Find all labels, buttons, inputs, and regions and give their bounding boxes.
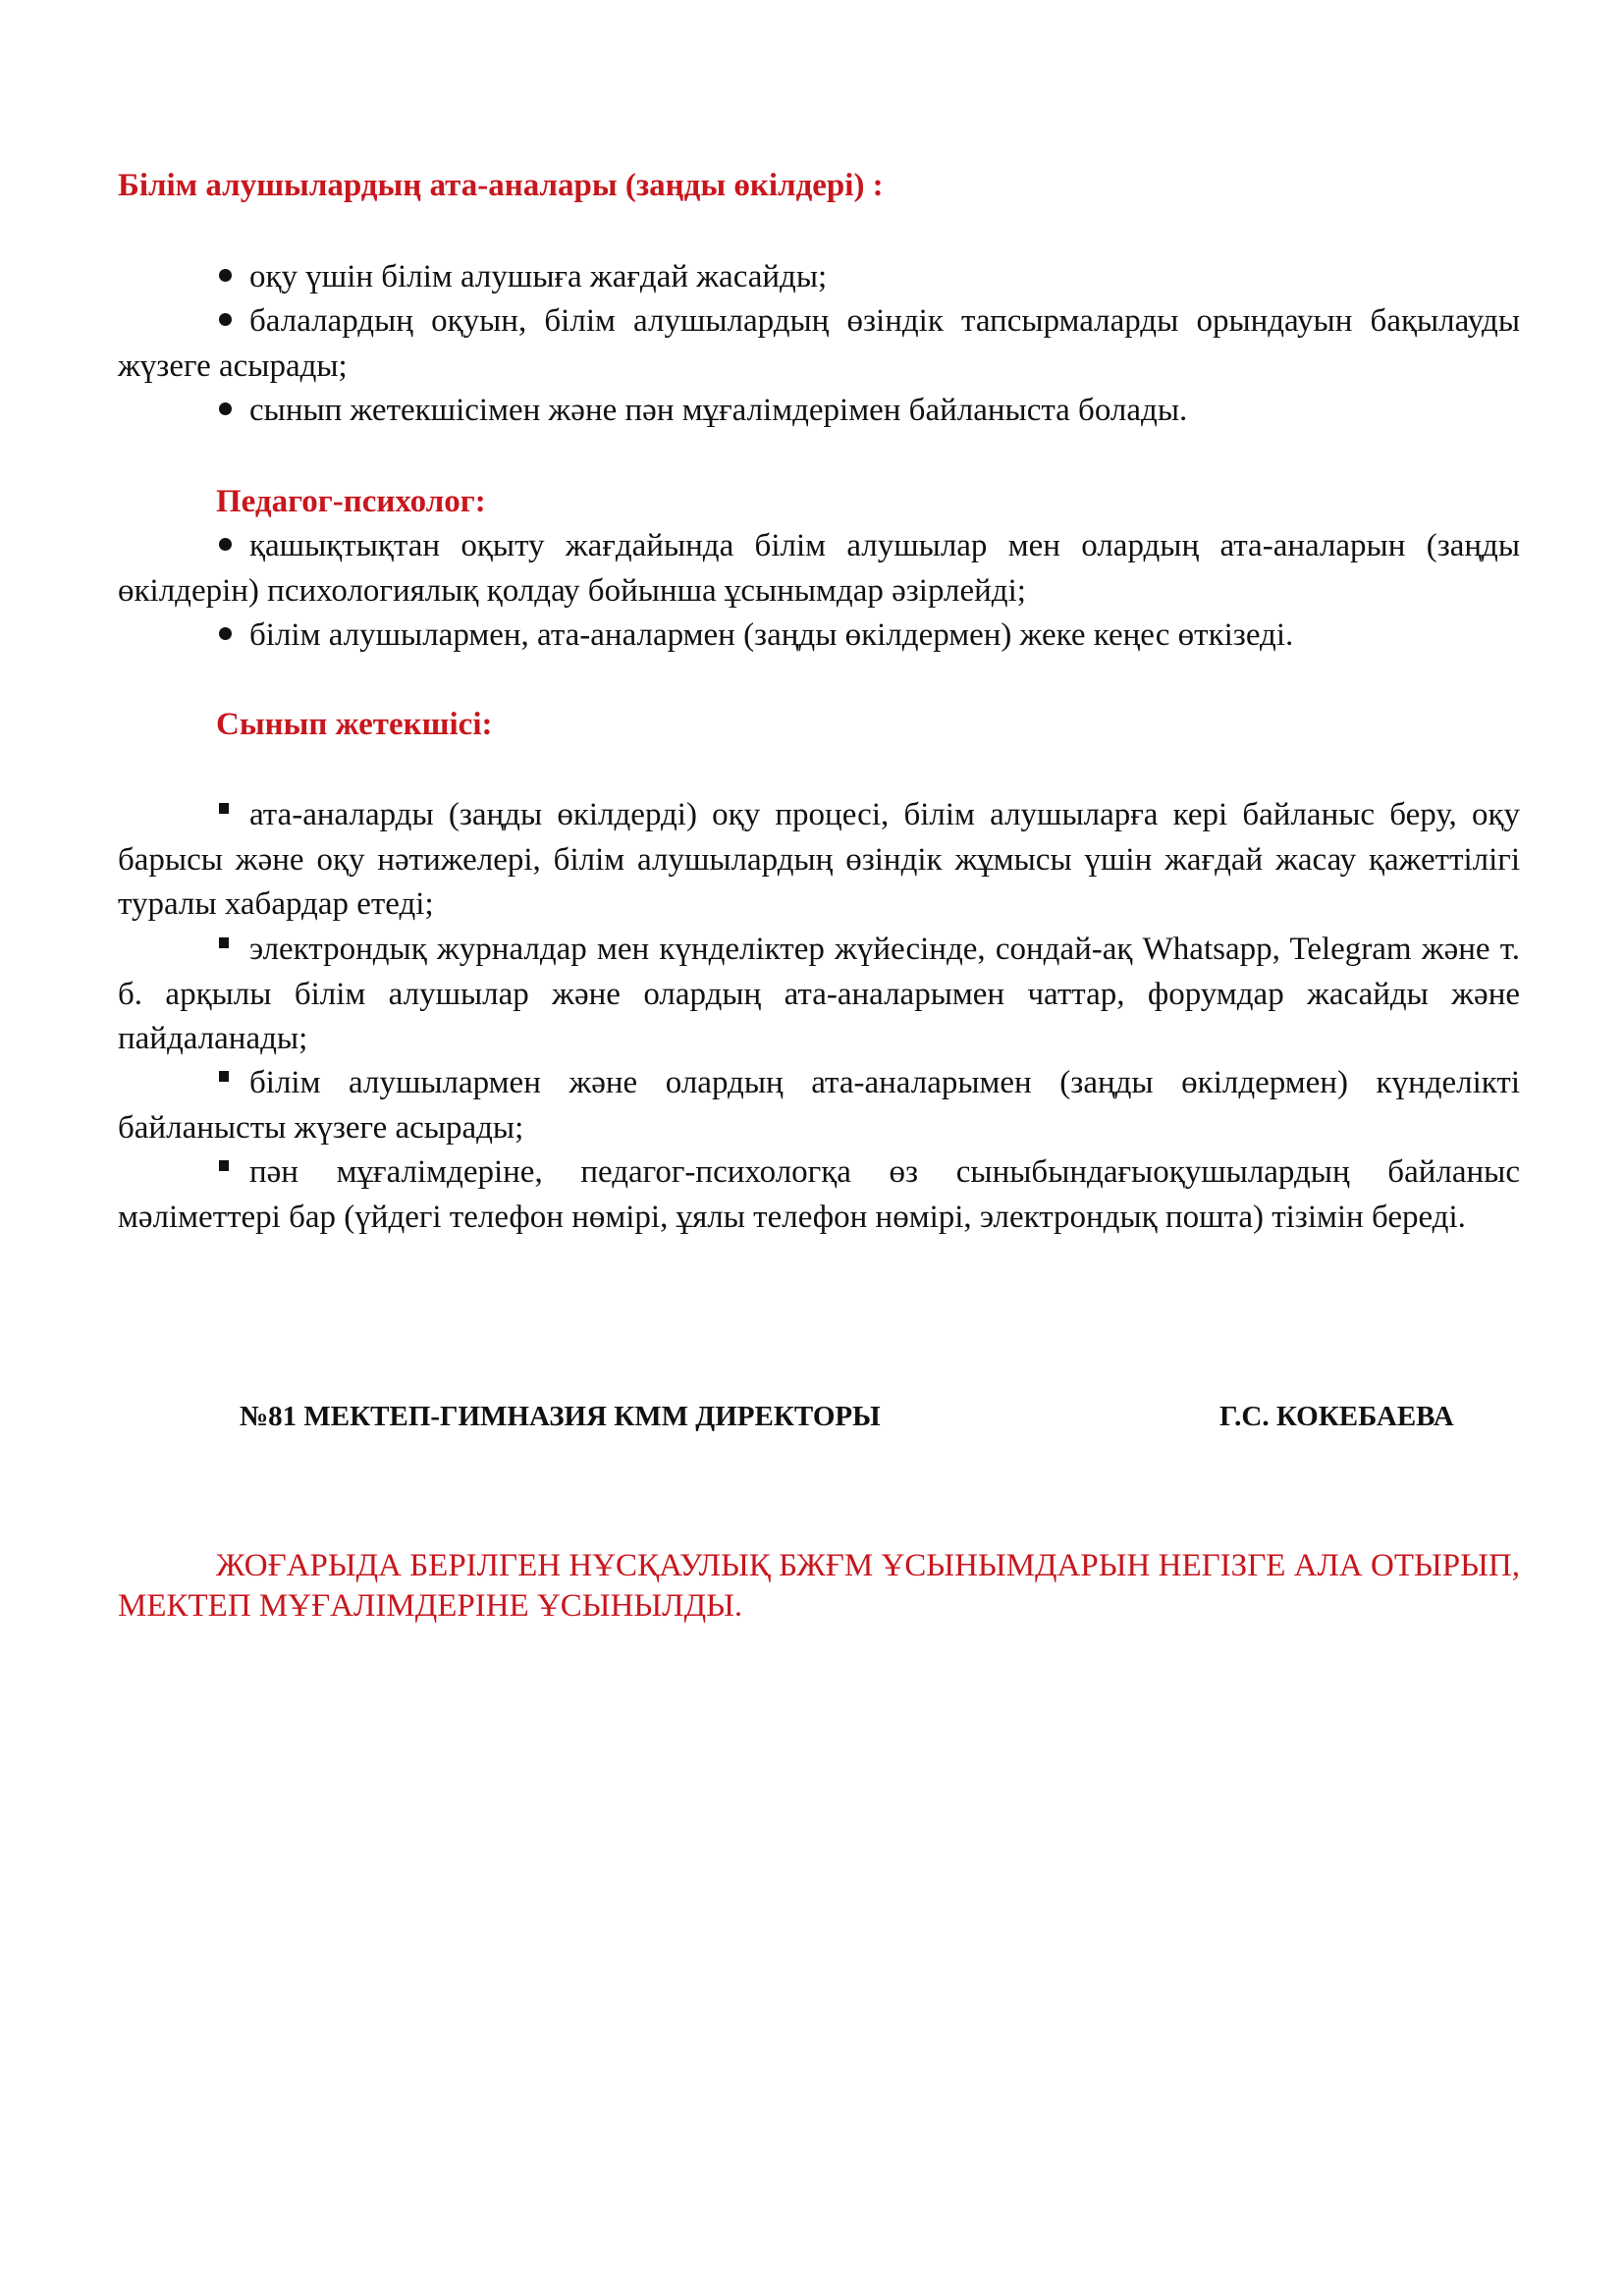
bullet-icon: [219, 803, 229, 814]
bullet-icon: [219, 1071, 229, 1082]
recommendation-note: ЖОҒАРЫДА БЕРІЛГЕН НҰСҚАУЛЫҚ БЖҒМ ҰСЫНЫМД…: [118, 1546, 1520, 1627]
list-item: білім алушылармен, ата-аналармен (заңды …: [118, 614, 1520, 659]
signature-position: №81 МЕКТЕП-ГИМНАЗИЯ КММ ДИРЕКТОРЫ: [240, 1401, 881, 1433]
list-item: балалардың оқуын, білім алушылардың өзін…: [118, 299, 1520, 389]
bullet-icon: [219, 937, 229, 948]
bullet-icon: [219, 627, 232, 640]
bullet-icon: [219, 1160, 229, 1171]
list-item: сынып жетекшісімен және пән мұғалімдерім…: [118, 389, 1520, 434]
bullet-icon: [219, 313, 232, 326]
list-item: ата-аналарды (заңды өкілдерді) оқу проце…: [118, 793, 1520, 928]
section-heading-psychologist: Педагог-психолог:: [216, 480, 486, 524]
list-item: қашықтықтан оқыту жағдайында білім алушы…: [118, 524, 1520, 614]
list-item: оқу үшін білім алушыға жағдай жасайды;: [118, 255, 1520, 300]
signature-name: Г.С. КОКЕБАЕВА: [1219, 1401, 1454, 1433]
bullet-icon: [219, 538, 232, 551]
list-item: пән мұғалімдеріне, педагог-психологқа өз…: [118, 1150, 1520, 1240]
bullet-icon: [219, 269, 232, 282]
bullet-icon: [219, 402, 232, 415]
list-item: электрондық журналдар мен күнделіктер жү…: [118, 928, 1520, 1062]
list-item: білім алушылармен және олардың ата-анала…: [118, 1061, 1520, 1150]
section-heading-class-teacher: Сынып жетекшісі:: [216, 703, 492, 747]
section-heading-parents: Білім алушылардың ата-аналары (заңды өкі…: [118, 164, 884, 208]
